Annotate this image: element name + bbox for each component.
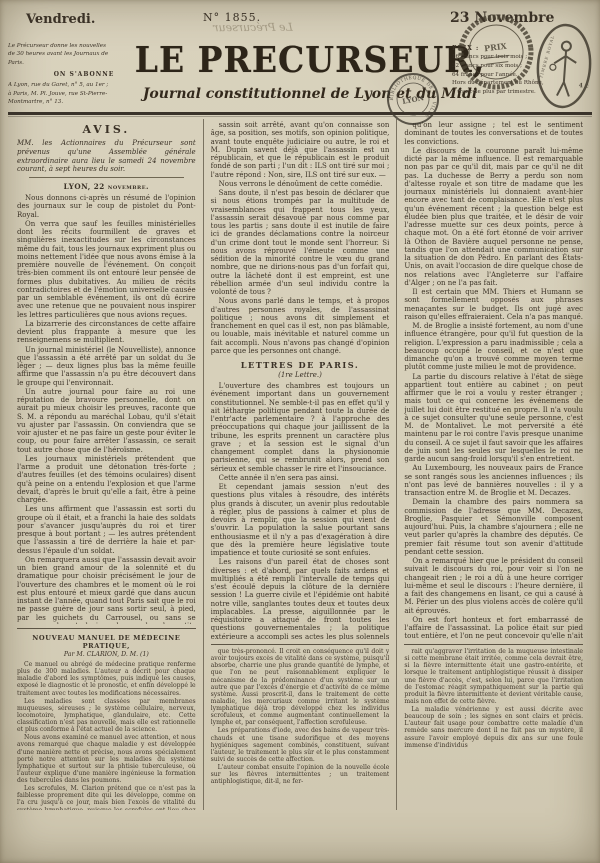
feuilleton-paragraph: Nous avons examiné ce manuel avec attent… (17, 734, 196, 784)
article-paragraph: Nous verrons le dénoûment de cette coméd… (211, 180, 390, 188)
column-3-paragraphs: qu'on leur assigne ; tel est le sentimen… (404, 121, 583, 640)
feuilleton-byline: Par M. CLARION, D. M. (1) (17, 651, 196, 658)
feuilleton-paragraph: Les maladies sont classées par membranes… (17, 698, 196, 734)
article-paragraph: Un journal ministériel (le Nouvelliste),… (17, 346, 196, 387)
article-paragraph: La partie du discours relative à l'état … (404, 373, 583, 464)
column-2-paragraphs-b: L'ouverture des chambres est toujours un… (211, 382, 390, 640)
svg-text:✳: ✳ (413, 111, 418, 118)
letters-subheading: (1re Lettre.) (211, 371, 390, 379)
feuilleton-paragraph: rait qu'aggraver l'irritation de la muqu… (404, 648, 583, 705)
article-paragraph: Nous avons parlé dans le temps, et à pro… (211, 297, 390, 355)
newspaper-title: LE PRECURSEUR, (120, 38, 500, 80)
feuilleton-paragraphs: que très-prononcé. Il croit en conséquen… (211, 648, 390, 785)
article-paragraph: M. de Broglie a insisté fortement, au no… (404, 322, 583, 372)
feuilleton-paragraph: L'auteur combat ensuite l'opinion de la … (211, 764, 390, 785)
article-paragraph: On verra que sauf les feuilles ministéri… (17, 220, 196, 319)
feuilleton-paragraph: que très-prononcé. Il croit en conséquen… (211, 648, 390, 726)
avis-notice: MM. les Actionnaires du Précurseur sont … (17, 139, 196, 174)
letters-de-paris-heading: LETTRES DE PARIS. (211, 360, 390, 370)
article-paragraph: Les uns affirment que l'assassin est sor… (17, 505, 196, 555)
article-paragraph: sassin soit arrêté, avant qu'on connaiss… (211, 121, 390, 179)
avis-divider-rule (29, 177, 184, 178)
article-paragraph: Les journaux ministériels prétendent que… (17, 455, 196, 505)
subscribe-line: A Lyon, rue du Garet, n° 5, au 1er ; (8, 81, 160, 89)
feuilleton-paragraphs: Ce manuel ou abrégé de médecine pratique… (17, 661, 196, 810)
column-3-main: qu'on leur assigne ; tel est le sentimen… (404, 121, 583, 640)
column-2-main: sassin soit arrêté, avant qu'on connaiss… (211, 121, 390, 640)
timbre-value: 4 c (578, 82, 589, 90)
article-paragraph: On a remarqué hier que le président du c… (404, 557, 583, 615)
article-paragraph: Le discours de la couronne paraît lui-mê… (404, 147, 583, 287)
article-paragraph: Demain la chambre des pairs nommera sa c… (404, 498, 583, 556)
article-paragraph: On est fort honteux et fort embarrassé d… (404, 616, 583, 640)
article-paragraph: Au Luxembourg, les nouveaux pairs de Fra… (404, 464, 583, 497)
feuilleton-column-1: NOUVEAU MANUEL DE MÉDECINE PRATIQUE, Par… (17, 629, 196, 810)
feuilleton-paragraphs: rait qu'aggraver l'irritation de la muqu… (404, 648, 583, 749)
article-paragraph: Sans doute, il n'est pas besoin de décla… (211, 189, 390, 296)
library-stamp-icon: BIBLIOTHÈQUE DE LA VILLE LYON ✳ (382, 68, 445, 131)
justice-figure-icon (548, 41, 578, 97)
column-1: AVIS. MM. les Actionnaires du Précurseur… (10, 119, 203, 810)
article-paragraph: Nous donnons ci-après un résumé de l'opi… (17, 194, 196, 219)
subscribe-line: Montmartre, n° 13. (8, 98, 160, 106)
feuilleton-column-2: que très-prononcé. Il croit en conséquen… (211, 645, 390, 810)
article-paragraph: On remarquera aussi que l'assassin devai… (17, 556, 196, 624)
subscribe-line: à Paris, M. Pl. Jouve, rue St-Pierre- (8, 90, 160, 98)
feuilleton-paragraph: Les préparations d'iode, avec des bains … (211, 727, 390, 763)
column-2-paragraphs-a: sassin soit arrêté, avant qu'on connaiss… (211, 121, 390, 355)
feuilleton-paragraph: La maladie vénérienne y est aussi décrit… (404, 706, 583, 749)
article-columns: AVIS. MM. les Actionnaires du Précurseur… (10, 119, 590, 810)
feuilleton-column-3: rait qu'aggraver l'irritation de la muqu… (404, 645, 583, 810)
column-3: qu'on leur assigne ; tel est le sentimen… (396, 119, 590, 810)
subscribe-lines: A Lyon, rue du Garet, n° 5, au 1er ;à Pa… (8, 81, 160, 106)
feuilleton-paragraph: Ce manuel ou abrégé de médecine pratique… (17, 661, 196, 697)
feuilleton-paragraph: Les scrofules, M. Clarion prétend que ce… (17, 785, 196, 810)
column-1-main: AVIS. MM. les Actionnaires du Précurseur… (17, 121, 196, 624)
article-paragraph: Il est certain que MM. Thiers et Humann … (404, 288, 583, 321)
dateline: LYON, 22 novembre. (17, 182, 196, 191)
postal-stamp-text: PRIX (484, 41, 508, 54)
masthead: Vendredi. N° 1855. 23 Novembre Le Précur… (0, 0, 600, 112)
avis-heading: AVIS. (17, 123, 196, 136)
ink-bleed-ghost: Le Précurseur (188, 21, 318, 35)
article-paragraph: Un autre journal pour faire au roi une r… (17, 388, 196, 454)
weekday-label: Vendredi. (26, 12, 95, 27)
timbre-royal-stamp-icon: TIMBRE ROYAL 4 c (531, 18, 597, 114)
article-paragraph: L'ouverture des chambres est toujours un… (211, 382, 390, 473)
column-1-paragraphs: Nous donnons ci-après un résumé de l'opi… (17, 194, 196, 624)
column-2: sassin soit arrêté, avant qu'on connaiss… (203, 119, 397, 810)
feuilleton-title: NOUVEAU MANUEL DE MÉDECINE PRATIQUE, (17, 634, 196, 650)
timbre-side-text: TIMBRE ROYAL (538, 34, 555, 78)
masthead-divider-rule (8, 112, 592, 117)
library-stamp-center-text: LYON (401, 93, 425, 106)
article-paragraph: Cette année il n'en sera pas ainsi. (211, 474, 390, 482)
newspaper-page: Vendredi. N° 1855. 23 Novembre Le Précur… (0, 0, 600, 863)
article-paragraph: Et cependant jamais session n'eut des qu… (211, 483, 390, 557)
article-paragraph: La bizarrerie des circonstances de cette… (17, 320, 196, 345)
article-paragraph: Les raisons d'un pareil état de choses s… (211, 558, 390, 640)
article-paragraph: qu'on leur assigne ; tel est le sentimen… (404, 121, 583, 146)
postal-stamp-icon: PRIX (451, 7, 540, 96)
